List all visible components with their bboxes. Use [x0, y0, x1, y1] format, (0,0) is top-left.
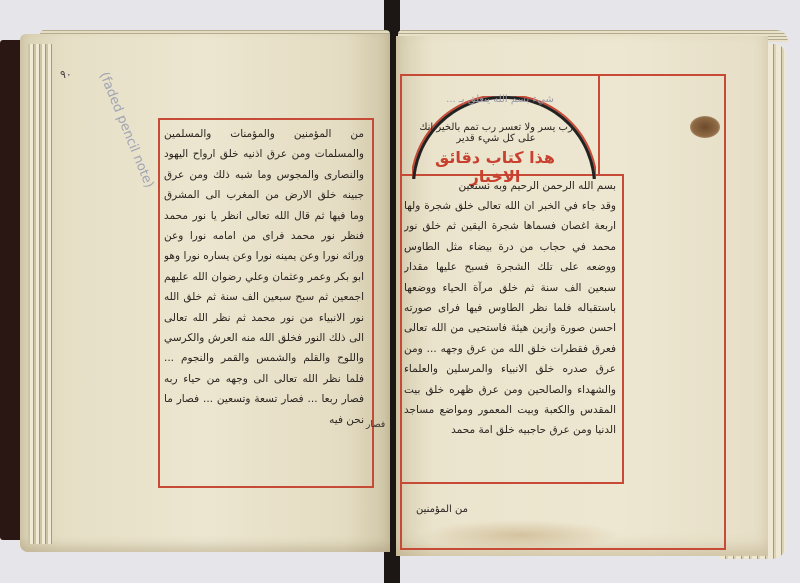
faded-line: شيء بسم الله يتعلق بـ ... — [420, 94, 580, 105]
folio-number: ٩٠ — [60, 68, 72, 81]
page-stack-left-edge — [28, 44, 52, 544]
left-page-text: من المؤمنين والمؤمنات والمسلمين والمسلما… — [164, 124, 364, 480]
catchword: من المؤمنين — [416, 504, 468, 515]
invocation-line: رب يسر ولا تعسر رب تمم بالخير انك على كل… — [412, 122, 580, 144]
margin-note: فصار — [366, 420, 385, 430]
right-page-text: وقد جاء في الخبر ان الله تعالى خلق شجرة … — [404, 196, 616, 476]
right-frame-divider — [598, 74, 600, 176]
brown-stain — [690, 116, 720, 138]
basmala: بسم الله الرحمن الرحيم وبه نستعين — [404, 176, 616, 196]
water-stain — [420, 520, 620, 550]
